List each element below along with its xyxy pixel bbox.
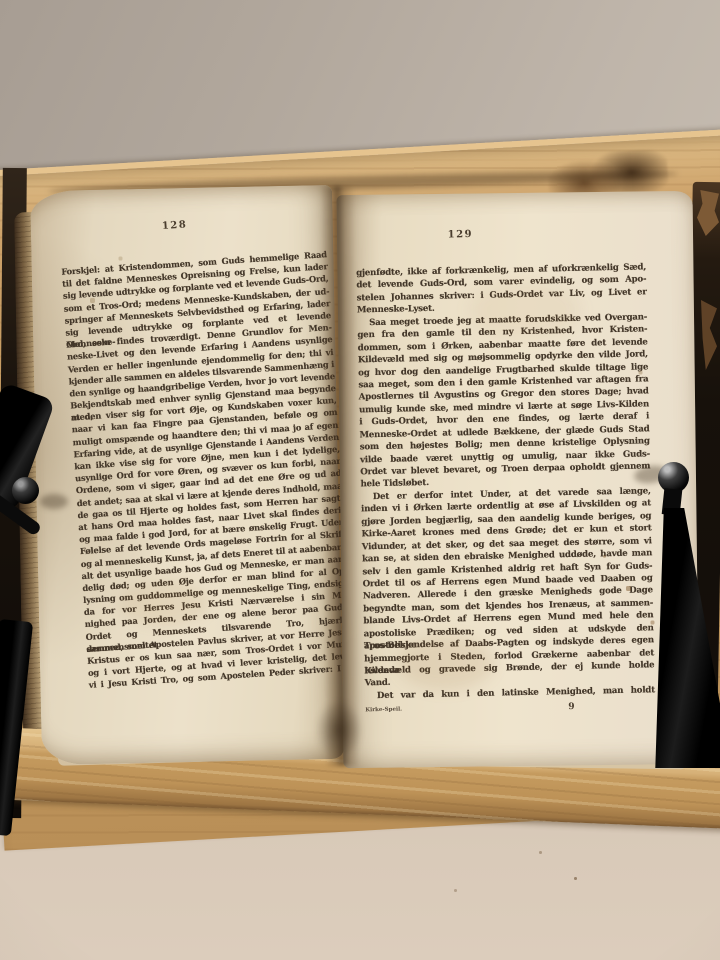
paper-stain <box>470 280 580 340</box>
page-text-left: Forskjel: at Kristendommen, som Guds hem… <box>61 248 355 691</box>
knob-shadow-left <box>40 494 68 509</box>
paper-stain <box>120 580 210 626</box>
printed-area-left: 128 Forskjel: at Kristendommen, som Guds… <box>30 174 369 767</box>
holder-knob-left <box>12 477 39 504</box>
foxing-spots <box>0 0 1 1</box>
book-page-left: 128 Forskjel: at Kristendommen, som Guds… <box>30 185 344 765</box>
paper-stain <box>398 636 494 690</box>
gutter-bottom-shadow <box>306 688 372 772</box>
page-footer: Kirke-Speil. 9 <box>365 700 655 720</box>
page-number-right: 129 <box>355 225 645 245</box>
page-number-left: 128 <box>58 210 324 242</box>
gathering-number: 9 <box>568 702 574 712</box>
book-gutter-shadow <box>319 186 360 766</box>
photo-open-book-on-stand: 128 Forskjel: at Kristendommen, som Guds… <box>0 0 720 960</box>
